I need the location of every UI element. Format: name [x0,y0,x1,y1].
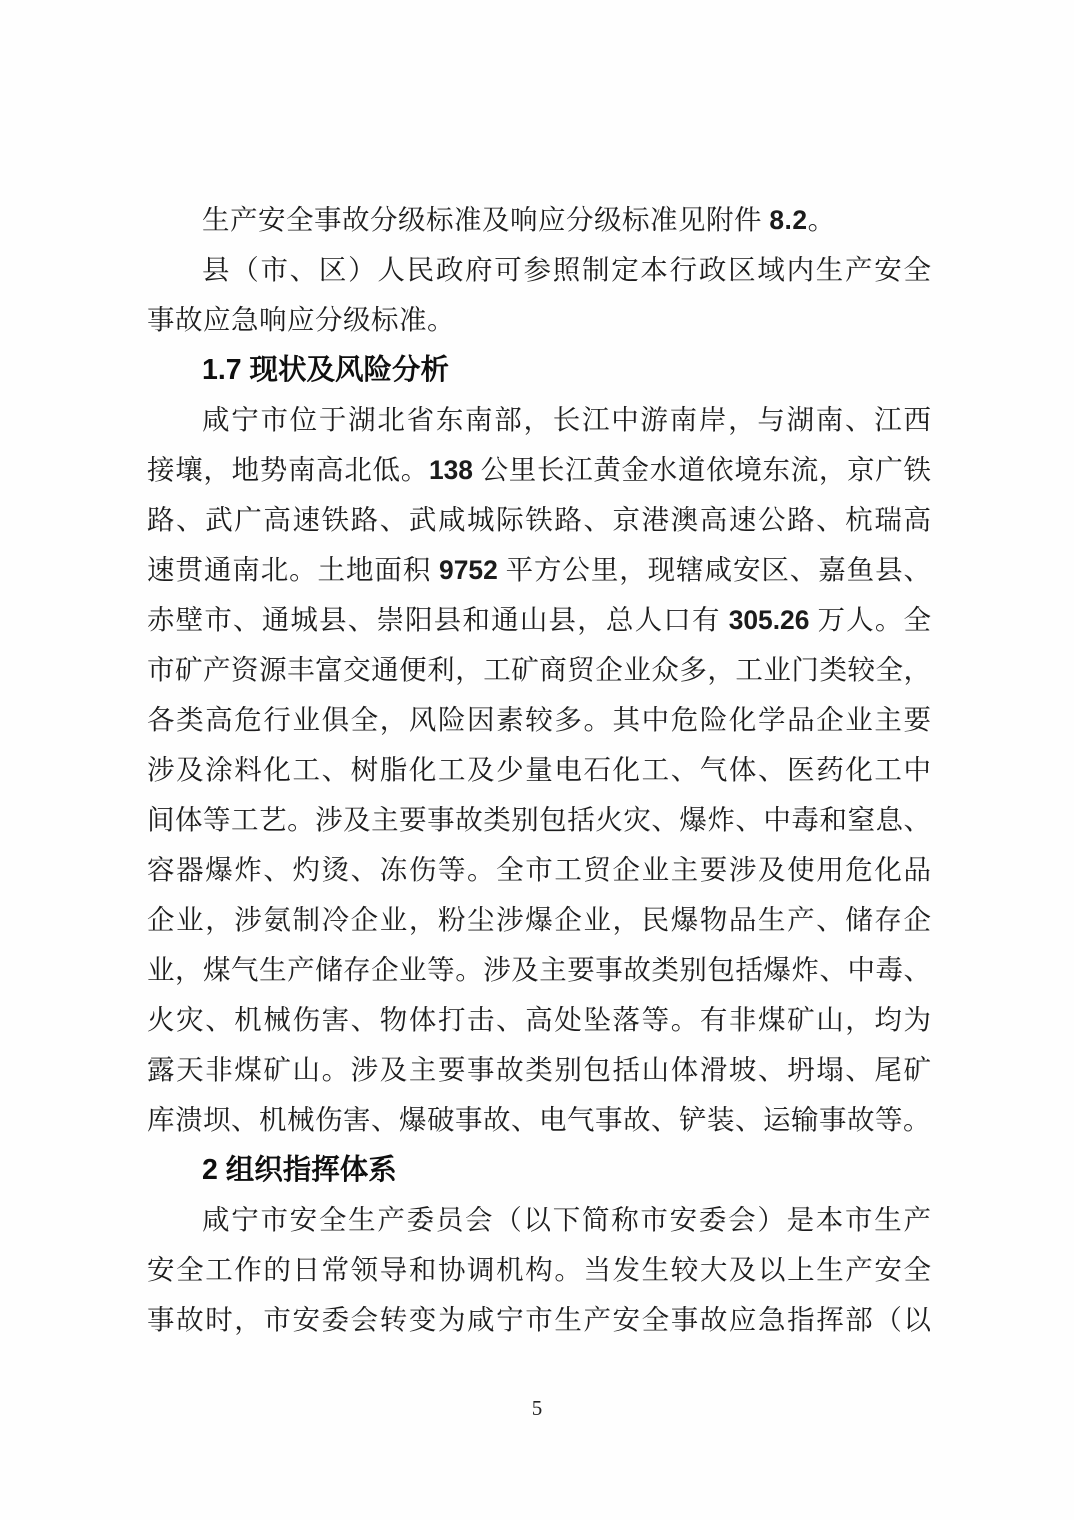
section-heading-2: 2 组织指挥体系 [147,1145,931,1195]
numeric-text: 1.7 [202,354,242,386]
numeric-text: 305.26 [729,605,810,635]
paragraph-line: 火灾、机械伤害、物体打击、高处坠落等。有非煤矿山，均为 [147,995,931,1045]
paragraph-line: 涉及涂料化工、树脂化工及少量电石化工、气体、医药化工中 [147,745,931,795]
section-heading-1-7: 1.7 现状及风险分析 [147,345,931,395]
document-page: 生产安全事故分级标准及响应分级标准见附件 8.2。 县（市、区）人民政府可参照制… [0,0,1074,1520]
paragraph-line: 接壤，地势南高北低。138 公里长江黄金水道依境东流，京广铁 [147,445,931,495]
numeric-text: 138 [429,455,473,485]
paragraph-line: 赤壁市、通城县、崇阳县和通山县，总人口有 305.26 万人。全 [147,595,931,645]
paragraph-line: 速贯通南北。土地面积 9752 平方公里，现辖咸安区、嘉鱼县、 [147,545,931,595]
page-number: 5 [0,1395,1074,1421]
paragraph-line: 县（市、区）人民政府可参照制定本行政区域内生产安全 [147,245,931,295]
paragraph-line: 咸宁市位于湖北省东南部，长江中游南岸，与湖南、江西 [147,395,931,445]
paragraph-line: 市矿产资源丰富交通便利，工矿商贸企业众多，工业门类较全， [147,645,931,695]
paragraph-line: 容器爆炸、灼烫、冻伤等。全市工贸企业主要涉及使用危化品 [147,845,931,895]
paragraph-line: 企业，涉氨制冷企业，粉尘涉爆企业，民爆物品生产、储存企 [147,895,931,945]
paragraph-line: 业，煤气生产储存企业等。涉及主要事故类别包括爆炸、中毒、 [147,945,931,995]
paragraph-line: 间体等工艺。涉及主要事故类别包括火灾、爆炸、中毒和窒息、 [147,795,931,845]
paragraph-line: 咸宁市安全生产委员会（以下简称市安委会）是本市生产 [147,1195,931,1245]
paragraph-line: 生产安全事故分级标准及响应分级标准见附件 8.2。 [147,195,931,245]
numeric-text: 2 [202,1154,218,1186]
paragraph-line: 事故应急响应分级标准。 [147,295,931,345]
numeric-text: 9752 [439,555,498,585]
paragraph-line: 露天非煤矿山。涉及主要事故类别包括山体滑坡、坍塌、尾矿 [147,1045,931,1095]
paragraph-line: 各类高危行业俱全，风险因素较多。其中危险化学品企业主要 [147,695,931,745]
paragraph-line: 安全工作的日常领导和协调机构。当发生较大及以上生产安全 [147,1245,931,1295]
paragraph-line: 路、武广高速铁路、武咸城际铁路、京港澳高速公路、杭瑞高 [147,495,931,545]
numeric-text: 8.2 [769,205,807,235]
paragraph-line: 库溃坝、机械伤害、爆破事故、电气事故、铲装、运输事故等。 [147,1095,931,1145]
document-body: 生产安全事故分级标准及响应分级标准见附件 8.2。 县（市、区）人民政府可参照制… [147,195,931,1345]
paragraph-line: 事故时，市安委会转变为咸宁市生产安全事故应急指挥部（以 [147,1295,931,1345]
